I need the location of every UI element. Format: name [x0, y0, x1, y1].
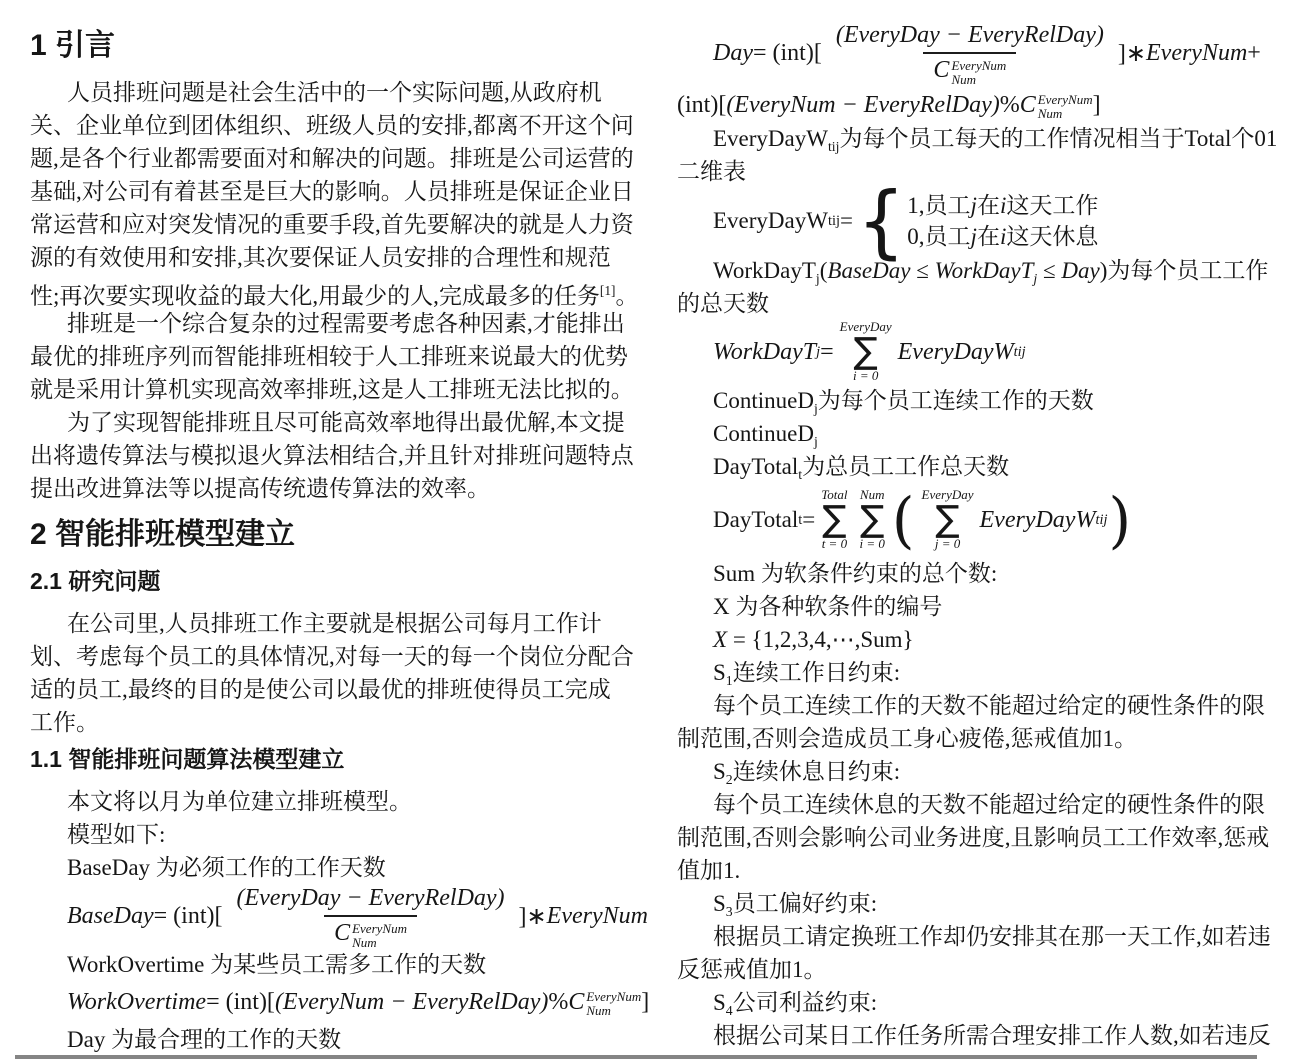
- paragraph-line: 出将遗传算法与模拟退火算法相结合,并且针对排班问题特点: [30, 439, 648, 472]
- constraint-s1-heading: S1连续工作日约束:: [677, 656, 1297, 689]
- paper-page: 1 引言 人员排班问题是社会生活中的一个实际问题,从政府机 关、企业单位到团体组…: [0, 0, 1300, 1063]
- citation-marker: [1]: [600, 283, 616, 298]
- subsection-heading-research-problem: 2.1 研究问题: [30, 567, 648, 595]
- right-parenthesis: ): [1108, 496, 1131, 545]
- constraint-s2-line: 每个员工连续休息的天数不能超过给定的硬性条件的限: [677, 788, 1297, 821]
- sum-definition-line: Sum 为软条件约束的总个数:: [677, 557, 1297, 590]
- bottom-rule: [15, 1055, 1257, 1059]
- formula-workovertime: WorkOvertime = (int)[(EveryNum − EveryRe…: [30, 981, 648, 1023]
- summation-symbol: ∑: [854, 335, 878, 369]
- section-heading-model: 2 智能排班模型建立: [30, 515, 648, 555]
- continued-symbol-line: ContinueDj: [677, 417, 1297, 450]
- paragraph-line: 人员排班问题是社会生活中的一个实际问题,从政府机: [30, 76, 648, 109]
- case-rest: 0,员工j在i这天休息: [907, 221, 1098, 252]
- workdayt-text-line2: 的总天数: [677, 287, 1297, 320]
- everydayw-intro-line2: 二维表: [677, 155, 1297, 188]
- formula-day-line1: Day = (int)[(EveryDay − EveryRelDay)CEve…: [677, 18, 1297, 88]
- constraint-s3-heading: S3员工偏好约束:: [677, 887, 1297, 920]
- paragraph-4: 在公司里,人员排班工作主要就是根据公司每月工作计 划、考虑每个员工的具体情况,对…: [30, 607, 648, 739]
- baseday-definition-line: BaseDay 为必须工作的工作天数: [30, 851, 648, 884]
- constraint-s2-line: 值加1.: [677, 854, 1297, 887]
- paragraph-line: 常运营和应对突发情况的重要手段,首先要解决的就是人力资: [30, 208, 648, 241]
- constraint-s4-heading: S4公司利益约束:: [677, 986, 1297, 1019]
- daytotal-definition-line: DayTotalt为总员工工作总天数: [677, 450, 1297, 483]
- fraction: (EveryDay − EveryRelDay)CEveryNumNum: [826, 22, 1114, 84]
- paragraph-line: 为了实现智能排班且尽可能高效率地得出最优解,本文提: [30, 406, 648, 439]
- constraint-s2-line: 制范围,否则会影响公司业务进度,且影响员工工作效率,惩戒: [677, 821, 1297, 854]
- formula-daytotal-sum: DayTotalt=Total∑t = 0Num∑i = 0(EveryDay∑…: [677, 483, 1297, 557]
- paragraph-line: 关、企业单位到团体组织、班级人员的安排,都离不开这个问: [30, 109, 648, 142]
- paragraph-line: 源的有效使用和安排,其次要保证人员安排的合理性和规范: [30, 241, 648, 274]
- paragraph-line: 就是采用计算机实现高效率排班,这是人工排班无法比拟的。: [30, 373, 648, 406]
- paragraph-line: 最优的排班序列而智能排班相较于人工排班来说最大的优势: [30, 340, 648, 373]
- column-left: 1 引言 人员排班问题是社会生活中的一个实际问题,从政府机 关、企业单位到团体组…: [30, 18, 648, 1056]
- continued-definition-line: ContinueDj为每个员工连续工作的天数: [677, 384, 1297, 417]
- model-follows-line: 模型如下:: [30, 818, 648, 851]
- paragraph-line: 基础,对公司有着甚至是巨大的影响。人员排班是保证企业日: [30, 175, 648, 208]
- paragraph-3: 为了实现智能排班且尽可能高效率地得出最优解,本文提 出将遗传算法与模拟退火算法相…: [30, 406, 648, 505]
- formula-everydayw-cases: EveryDayWtij={1,员工j在i这天工作0,员工j在i这天休息: [677, 188, 1297, 254]
- paragraph-line: 性;再次要实现收益的最大化,用最少的人,完成最多的任务[1]。: [30, 274, 648, 307]
- paragraph-line: 排班是一个综合复杂的过程需要考虑各种因素,才能排出: [30, 307, 648, 340]
- summation-symbol: ∑: [822, 503, 846, 537]
- formula-baseday: BaseDay = (int)[(EveryDay − EveryRelDay)…: [30, 884, 648, 948]
- left-parenthesis: (: [892, 496, 915, 545]
- workovertime-definition-line: WorkOvertime 为某些员工需多工作的天数: [30, 948, 648, 981]
- paragraph-line: 在公司里,人员排班工作主要就是根据公司每月工作计: [30, 607, 648, 640]
- section-heading-introduction: 1 引言: [30, 26, 648, 66]
- paragraph-line: 题,是各个行业都需要面对和解决的问题。排班是公司运营的: [30, 142, 648, 175]
- x-definition-line: X 为各种软条件的编号: [677, 590, 1297, 623]
- fraction: (EveryDay − EveryRelDay)CEveryNumNum: [227, 885, 515, 947]
- workdayt-text-line: WorkDayTj(BaseDay ≤ WorkDayTj ≤ Day)为每个员…: [677, 254, 1297, 287]
- model-intro-line: 本文将以月为单位建立排班模型。: [30, 785, 648, 818]
- constraint-s3-line: 根据员工请定换班工作却仍安排其在那一天工作,如若违: [677, 920, 1297, 953]
- constraint-s1-line: 制范围,否则会造成员工身心疲倦,惩戒值加1。: [677, 722, 1297, 755]
- paragraph-line: 提出改进算法等以提高传统遗传算法的效率。: [30, 472, 648, 505]
- day-definition-line: Day 为最合理的工作的天数: [30, 1023, 648, 1056]
- subsection-heading-algorithm-model: 1.1 智能排班问题算法模型建立: [30, 745, 648, 773]
- constraint-s2-heading: S2连续休息日约束:: [677, 755, 1297, 788]
- formula-day-line2: (int)[(EveryNum − EveryRelDay)%CEveryNum…: [677, 88, 1297, 122]
- everydayw-intro-line: EveryDayWtij为每个员工每天的工作情况相当于Total个01: [677, 122, 1297, 155]
- summation-symbol: ∑: [935, 503, 959, 537]
- constraint-s3-line: 反惩戒值加1。: [677, 953, 1297, 986]
- column-right: Day = (int)[(EveryDay − EveryRelDay)CEve…: [677, 8, 1297, 1052]
- paragraph-1: 人员排班问题是社会生活中的一个实际问题,从政府机 关、企业单位到团体组织、班级人…: [30, 76, 648, 307]
- paragraph-2: 排班是一个综合复杂的过程需要考虑各种因素,才能排出 最优的排班序列而智能排班相较…: [30, 307, 648, 406]
- paragraph-line: 适的员工,最终的目的是使公司以最优的排班使得员工完成: [30, 673, 648, 706]
- x-set-line: X = {1,2,3,4,⋯,Sum}: [677, 623, 1297, 656]
- constraint-s4-line: 根据公司某日工作任务所需合理安排工作人数,如若违反: [677, 1019, 1297, 1052]
- formula-workdayt-sum: WorkDayTj = EveryDay∑i = 0EveryDayWtij: [677, 320, 1297, 384]
- curly-brace: {: [857, 189, 905, 253]
- paragraph-line: 划、考虑每个员工的具体情况,对每一天的每一个岗位分配合: [30, 640, 648, 673]
- case-work: 1,员工j在i这天工作: [907, 190, 1098, 221]
- summation-symbol: ∑: [860, 503, 884, 537]
- constraint-s1-line: 每个员工连续工作的天数不能超过给定的硬性条件的限: [677, 689, 1297, 722]
- paragraph-line: 工作。: [30, 706, 648, 739]
